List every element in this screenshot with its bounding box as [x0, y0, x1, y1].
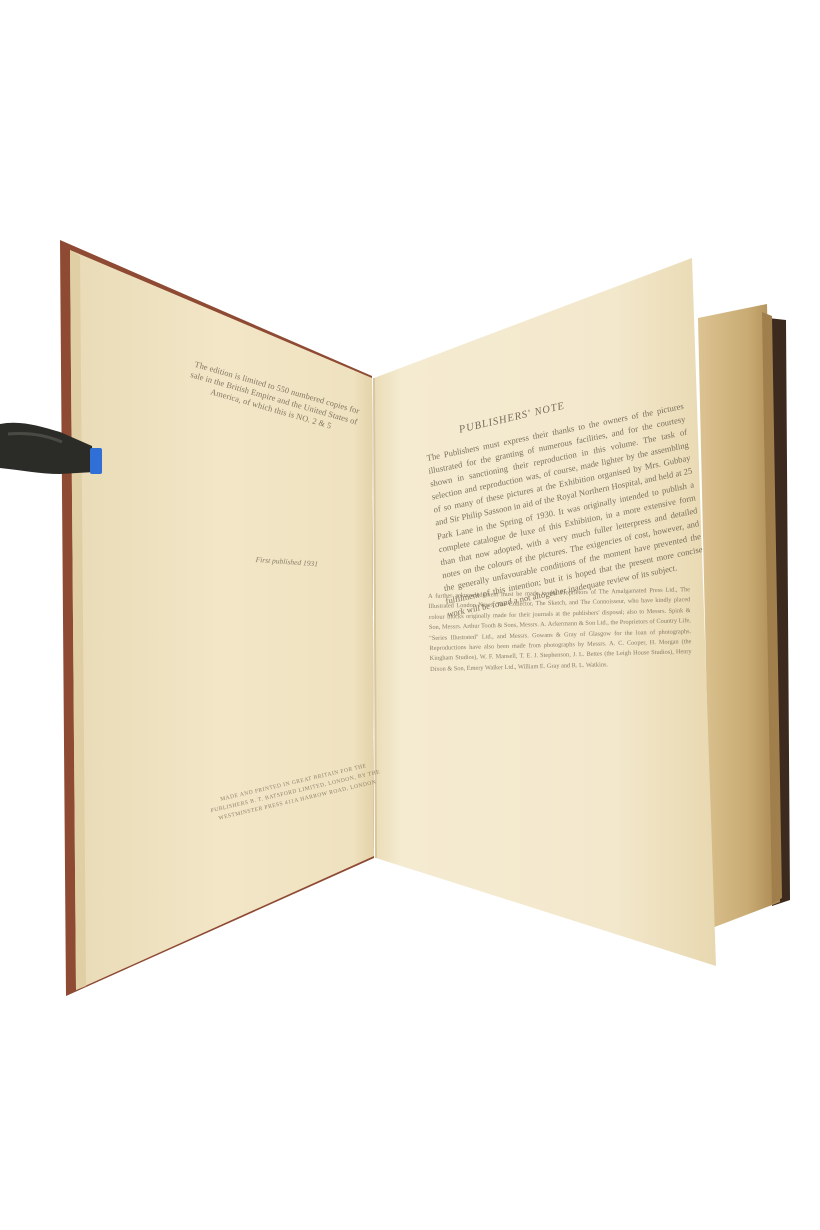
book-photo: The edition is limited to 550 numbered c…	[0, 0, 820, 1230]
page-clamp	[0, 410, 110, 490]
clamp-blue-tip	[90, 448, 102, 474]
left-page	[70, 250, 374, 990]
open-book	[0, 0, 820, 1230]
clamp-body	[0, 423, 94, 474]
publishers-note-paragraph-2: A further acknowledgment must be made to…	[428, 585, 692, 675]
